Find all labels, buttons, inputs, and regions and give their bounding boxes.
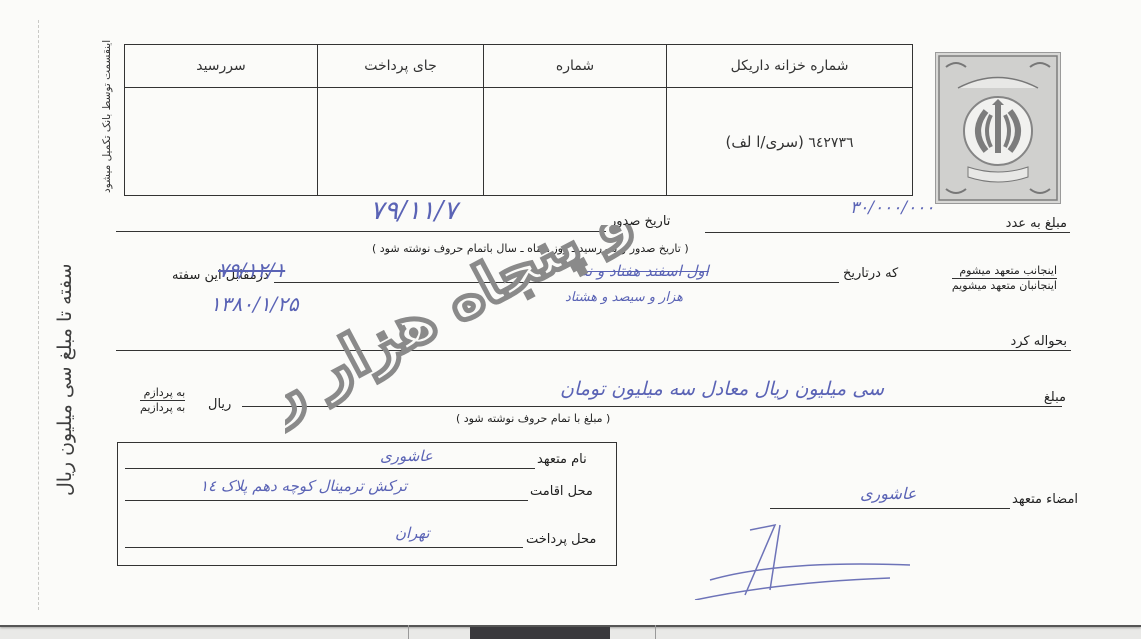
obligor-name-line xyxy=(125,468,535,469)
ledger-value-row: ٦٤٢٧٣٦ (سری/ا لف) xyxy=(125,88,913,196)
residence-value[interactable]: ترکش ترمینال کوچه دهم پلاک ۱٤ xyxy=(200,477,407,495)
pledge-singular: اینجانب متعهد میشوم xyxy=(952,264,1057,279)
serial-number-cell: ٦٤٢٧٣٦ (سری/ا لف) xyxy=(667,88,913,196)
perforation-line xyxy=(38,20,39,610)
on-date-correction[interactable]: هزار و سیصد و هشتاد xyxy=(565,290,683,305)
pledge-choice: اینجانب متعهد میشوم اینجانبان متعهد میشو… xyxy=(952,264,1057,293)
signature-label: امضاء متعهد xyxy=(1012,492,1078,507)
serial-suffix: (سری/ا لف) xyxy=(726,133,804,151)
pledge-plural: اینجانبان متعهد میشویم xyxy=(952,279,1057,293)
pay-plural: به پردازیم xyxy=(140,401,185,415)
pay-choice: به پردازم به پردازیم xyxy=(140,386,185,415)
payment-place-value[interactable]: تهران xyxy=(395,524,430,542)
on-date-correction-numeric[interactable]: ۱۳۸۰/۱/۲۵ xyxy=(210,292,299,316)
header-payment-place: جای پرداخت xyxy=(318,45,484,88)
residence-label: محل اقامت xyxy=(530,484,593,499)
amount-words-instruction: ( مبلغ با تمام حروف نوشته شود ) xyxy=(456,412,610,425)
emblem-icon xyxy=(936,53,1060,203)
scan-background-bar xyxy=(470,627,610,639)
revenue-stamp xyxy=(935,52,1061,204)
on-date-handwritten[interactable]: اول اسفند هفتاد و نه xyxy=(580,262,709,280)
ledger-header-row: شماره خزانه داریکل شماره جای پرداخت سررس… xyxy=(125,45,913,88)
serial-number: ٦٤٢٧٣٦ xyxy=(808,135,853,151)
payment-place-cell xyxy=(318,88,484,196)
on-date-label: که درتاریخ xyxy=(843,266,898,281)
payment-place-line xyxy=(125,547,523,548)
stub-title: سفته تا مبلغ سی میلیون ریال xyxy=(54,170,76,590)
ledger-table: شماره خزانه داریکل شماره جای پرداخت سررس… xyxy=(124,44,913,196)
number-cell xyxy=(484,88,667,196)
amount-words-value[interactable]: سی میلیون ریال معادل سه میلیون تومان xyxy=(560,378,884,400)
scan-edge xyxy=(655,625,656,639)
scan-edge xyxy=(408,625,409,639)
header-due-date: سررسید xyxy=(125,45,318,88)
promissory-note: سفته تا مبلغ سی میلیون ریال اینقسمت توسط… xyxy=(0,0,1141,627)
stub-note: اینقسمت توسط بانک تکمیل میشود xyxy=(101,40,113,240)
on-date-struck-numeric[interactable]: ۷۹/۱۲/۱ xyxy=(218,258,285,282)
payment-place-label: محل پرداخت xyxy=(526,532,596,547)
header-number: شماره xyxy=(484,45,667,88)
amount-numeric-value[interactable]: ۳۰/۰۰۰/۰۰۰ xyxy=(850,198,935,218)
residence-line xyxy=(125,500,528,501)
amount-label: مبلغ xyxy=(1044,390,1066,405)
obligor-name-value[interactable]: عاشوری xyxy=(380,447,433,465)
date-instruction: ( تاریخ صدور و سررسید ـ روز ـ ماه ـ سال … xyxy=(372,242,689,255)
due-date-cell xyxy=(125,88,318,196)
to-order-label: بحواله کرد xyxy=(1010,334,1067,349)
amount-words-line xyxy=(242,406,1062,407)
issue-date-label: تاریخ صدور xyxy=(610,214,670,229)
pay-singular: به پردازم xyxy=(140,386,185,401)
signature-value[interactable]: عاشوری xyxy=(860,484,916,503)
signature-scribble-icon xyxy=(690,520,920,600)
issue-date-value[interactable]: ۷۹/۱۱/۷ xyxy=(370,196,457,226)
currency-label: ریال xyxy=(208,397,231,412)
obligor-name-label: نام متعهد xyxy=(537,452,587,467)
signature-line xyxy=(770,508,1010,509)
on-date-line xyxy=(274,282,839,283)
header-treasury-number: شماره خزانه داریکل xyxy=(667,45,913,88)
amount-numeric-line xyxy=(705,232,1070,233)
issue-date-line xyxy=(116,231,606,232)
amount-numeric-label: مبلغ به عدد xyxy=(1006,216,1067,231)
to-order-line xyxy=(116,350,1071,351)
